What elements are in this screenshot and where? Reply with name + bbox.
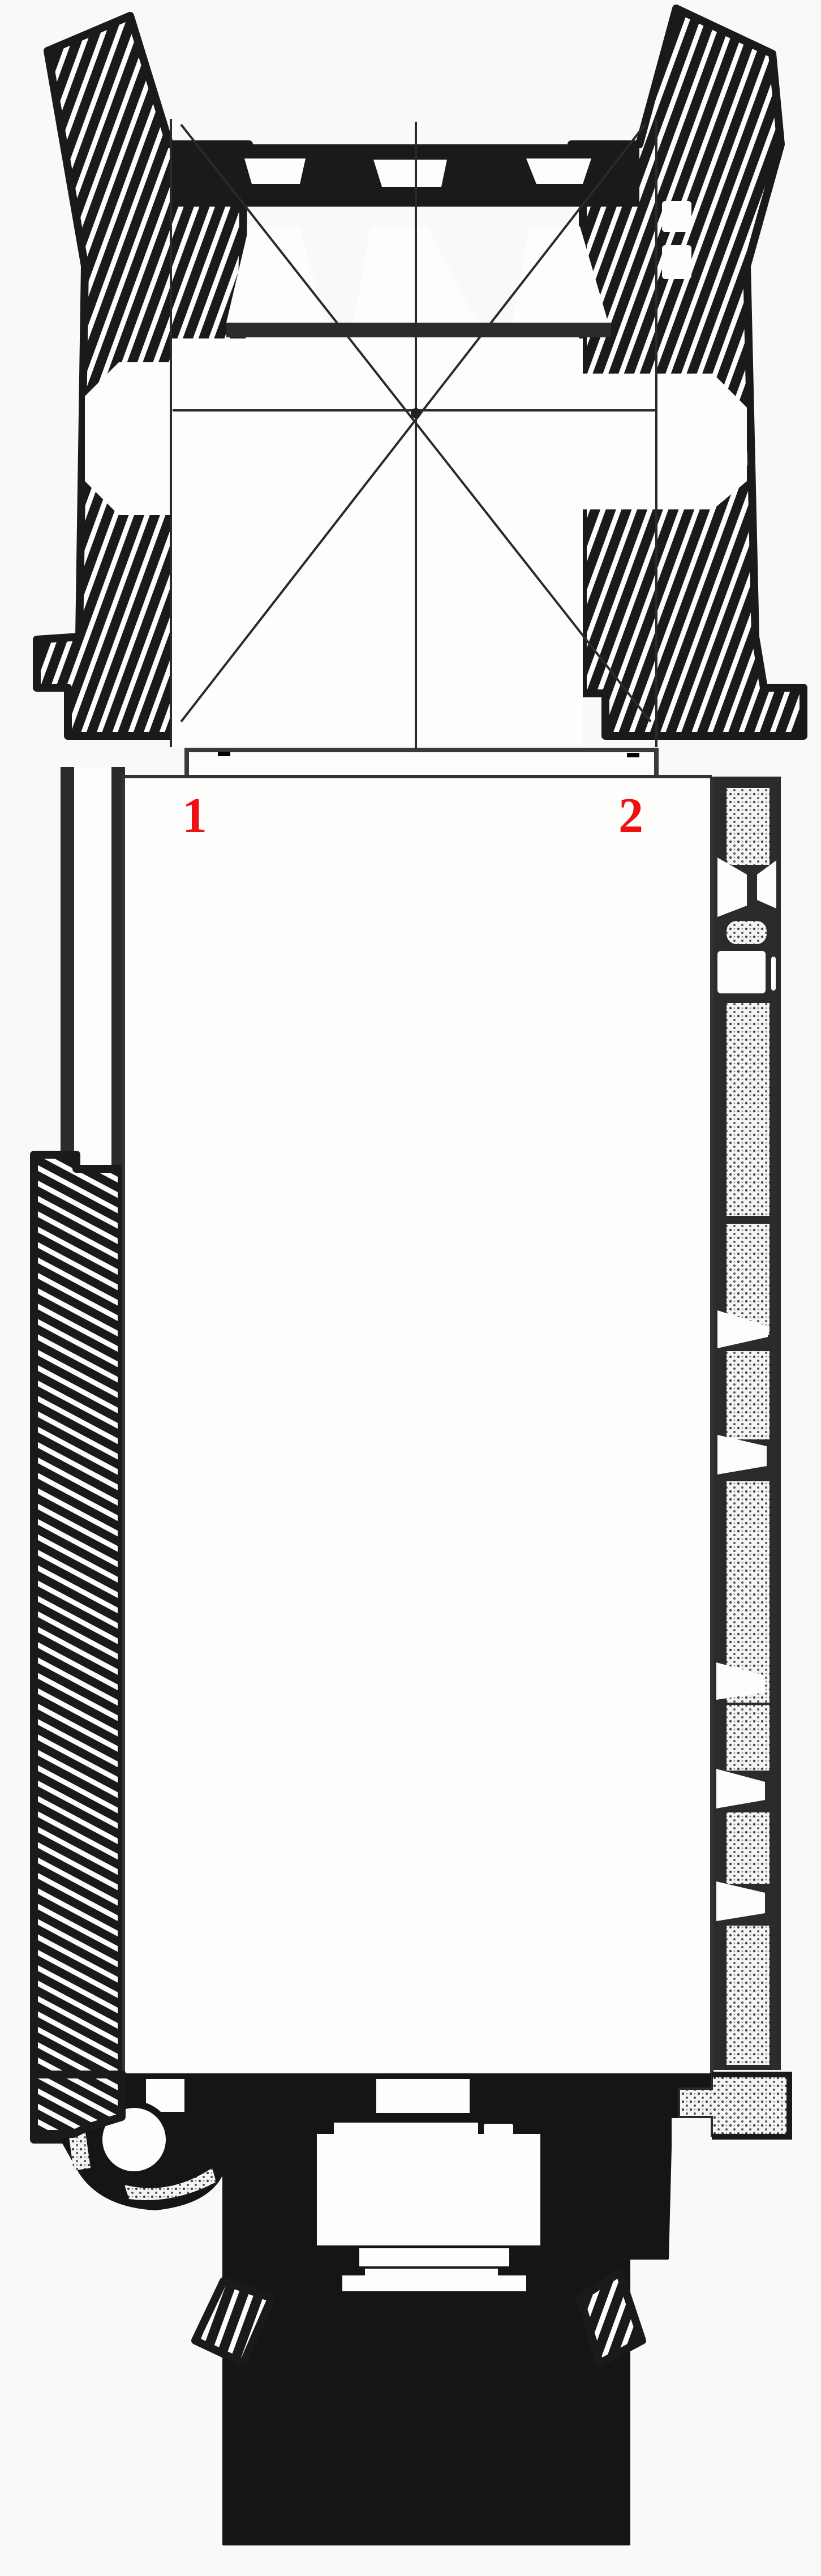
chancel: [37, 8, 803, 778]
niche-right-2: [662, 245, 691, 279]
nave-interior: [125, 778, 710, 2072]
tower-step-3: [342, 2275, 526, 2291]
tower-opening-east: [376, 2079, 470, 2113]
chancel-arch: [187, 750, 656, 778]
chancel-window-left: [85, 362, 170, 515]
tower: [34, 2074, 789, 2544]
chancel-window-right: [583, 374, 747, 509]
marker-2: 2: [618, 788, 643, 843]
tower-step-1: [359, 2248, 509, 2266]
nave-door-right: [717, 951, 766, 993]
chancel-vault-space: [170, 338, 583, 746]
tower-niche: [484, 2124, 513, 2149]
niche-right-1: [662, 201, 691, 232]
nave-wall-left-thin-outer: [61, 767, 74, 1183]
nave-wall-left-hatched: [34, 1155, 122, 2140]
chancel-wall-right: [571, 8, 803, 736]
floor-plan: 1 2: [0, 0, 821, 2576]
east-window-2: [373, 160, 447, 187]
marker-1: 1: [182, 788, 207, 843]
east-window-3: [526, 158, 591, 184]
nave-wall-right-stipple-1: [725, 787, 771, 866]
nave: [34, 767, 781, 2140]
east-window-1: [244, 158, 306, 184]
